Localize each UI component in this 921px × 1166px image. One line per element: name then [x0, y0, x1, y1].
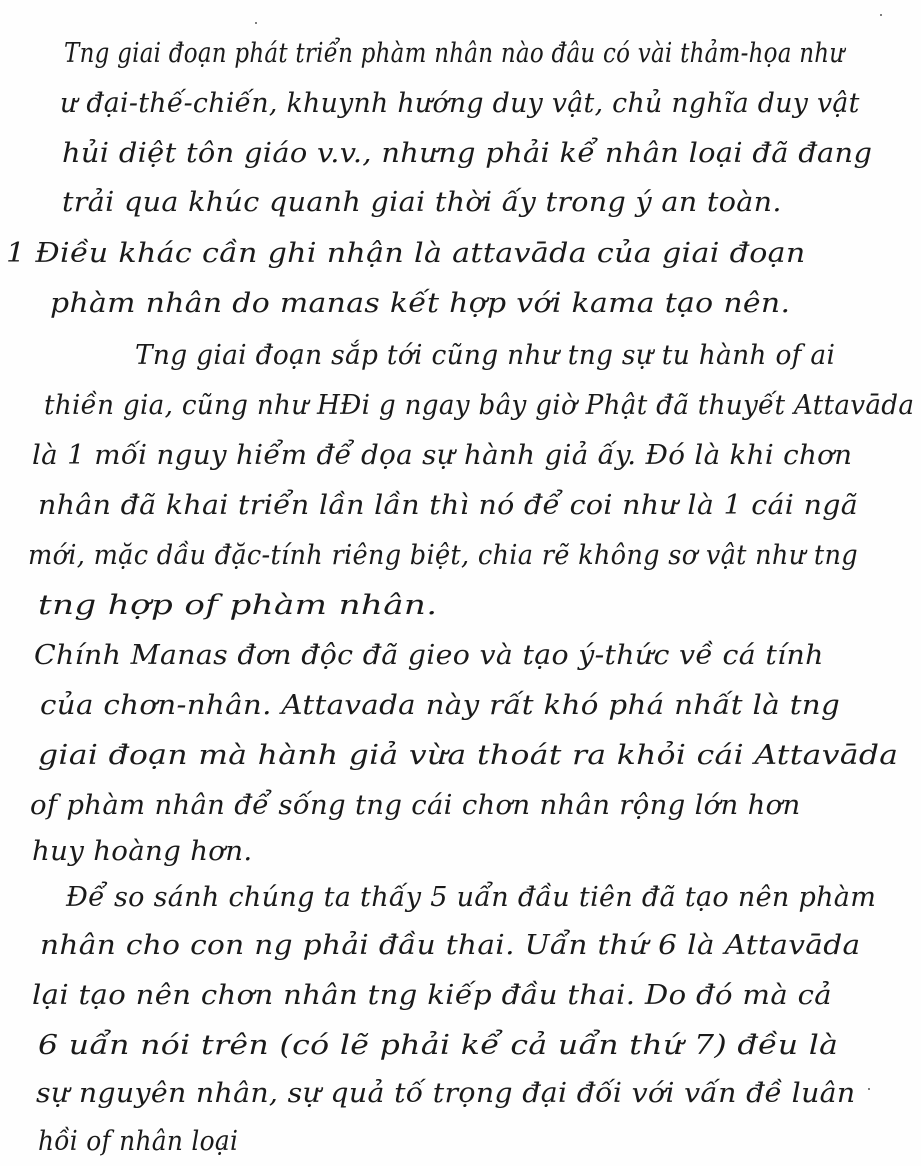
handwritten-line: sự nguyên nhân, sự quả tố trọng đại đối … [36, 1078, 856, 1109]
handwritten-line: of phàm nhân để sống tng cái chơn nhân r… [30, 790, 800, 821]
handwritten-line: ư đại-thế-chiến, khuynh hướng duy vật, c… [60, 88, 860, 119]
handwritten-line: 6 uẩn nói trên (có lẽ phải kể cả uẩn thứ… [38, 1030, 838, 1061]
handwritten-line: thiền gia, cũng như HĐi g ngay bây giờ P… [44, 390, 914, 421]
handwritten-line: tng hợp of phàm nhân. [38, 590, 437, 621]
scan-speck [880, 14, 882, 16]
handwritten-line: 1 Điều khác cần ghi nhận là attavāda của… [6, 238, 806, 269]
handwritten-line: Để so sánh chúng ta thấy 5 uẩn đầu tiên … [66, 882, 876, 913]
handwritten-line: Chính Manas đơn độc đã gieo và tạo ý-thứ… [34, 640, 824, 671]
handwritten-line: Tng giai đoạn phát triển phàm nhân nào đ… [64, 38, 844, 69]
handwritten-line: huy hoàng hơn. [32, 836, 252, 867]
handwritten-line: nhân cho con ng phải đầu thai. Uẩn thứ 6… [40, 930, 860, 961]
handwritten-line: giai đoạn mà hành giả vừa thoát ra khỏi … [38, 740, 898, 771]
handwritten-line: nhân đã khai triển lần lần thì nó để coi… [38, 490, 858, 521]
handwritten-line: trải qua khúc quanh giai thời ấy trong ý… [62, 187, 782, 218]
manuscript-page: Tng giai đoạn phát triển phàm nhân nào đ… [0, 0, 921, 1166]
scan-speck [255, 22, 257, 24]
scan-speck [868, 1088, 870, 1090]
scan-speck [222, 1143, 224, 1145]
handwritten-line: Tng giai đoạn sắp tới cũng như tng sự tu… [135, 340, 835, 371]
handwritten-line: mới, mặc dầu đặc-tính riêng biệt, chia r… [28, 540, 858, 571]
handwritten-line: là 1 mối nguy hiểm để dọa sự hành giả ấy… [32, 440, 852, 471]
handwritten-line: lại tạo nên chơn nhân tng kiếp đầu thai.… [32, 980, 832, 1011]
handwritten-line: hồi of nhân loại [38, 1126, 238, 1157]
handwritten-line: hủi diệt tôn giáo v.v., nhưng phải kể nh… [62, 138, 872, 169]
handwritten-line: phàm nhân do manas kết hợp với kama tạo … [50, 288, 790, 319]
handwritten-line: của chơn-nhân. Attavada này rất khó phá … [40, 690, 840, 721]
